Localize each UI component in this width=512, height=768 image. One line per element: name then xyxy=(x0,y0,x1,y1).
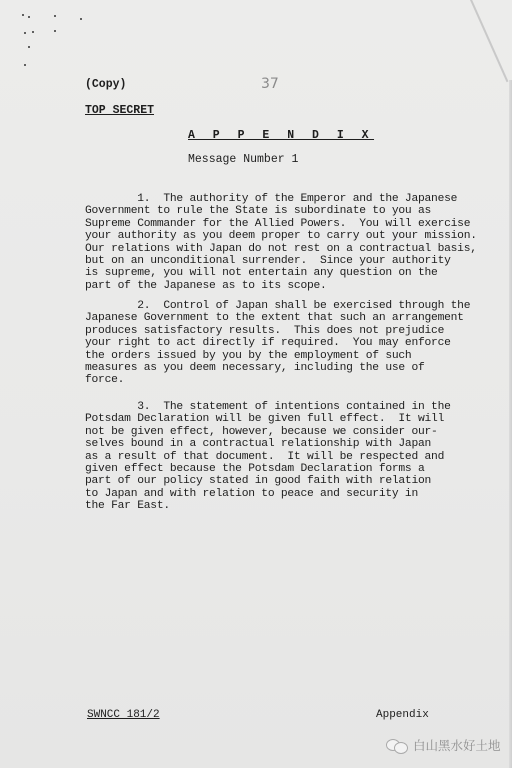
copy-label: (Copy) xyxy=(85,78,126,91)
document-title: A P P E N D I X xyxy=(188,129,374,142)
page-stamp-number: 37 xyxy=(261,76,279,92)
footer-appendix-label: Appendix xyxy=(376,709,429,721)
watermark-text: 白山黑水好土地 xyxy=(413,736,501,754)
paragraph-1: 1. The authority of the Emperor and the … xyxy=(85,193,475,292)
classification-label: TOP SECRET xyxy=(85,104,154,117)
wechat-icon xyxy=(386,738,408,752)
document-reference: SWNCC 181/2 xyxy=(87,709,160,721)
document-subtitle: Message Number 1 xyxy=(188,153,298,166)
paper-fold-line xyxy=(470,0,508,82)
paper-specks xyxy=(18,14,88,74)
paragraph-2: 2. Control of Japan shall be exercised t… xyxy=(85,300,475,387)
paragraph-3: 3. The statement of intentions contained… xyxy=(85,401,475,513)
document-page: (Copy) 37 TOP SECRET A P P E N D I X Mes… xyxy=(0,0,512,768)
watermark: 白山黑水好土地 xyxy=(386,736,501,754)
